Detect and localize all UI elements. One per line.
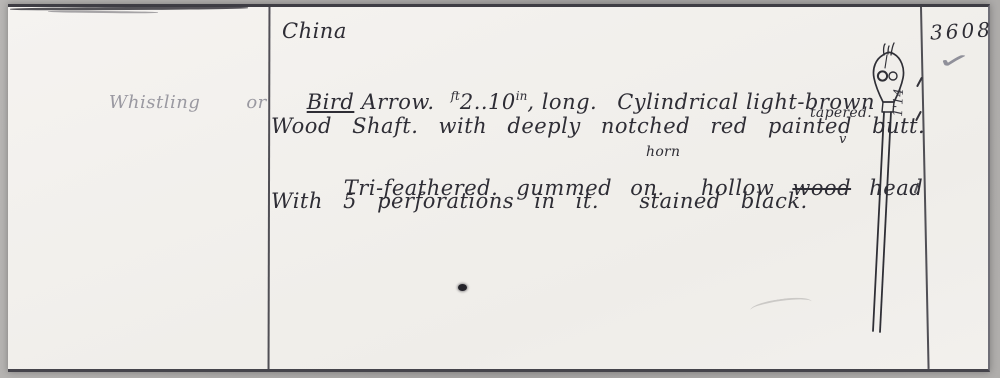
arrow-head-split [885,55,887,68]
checkmark-icon: ✓ [935,44,973,77]
object-name: Bird [307,90,355,114]
ink-blot [458,284,467,291]
measure-tail: , long. [527,90,597,114]
description-line-4: With 5 perforations in it. stained black… [271,189,808,213]
feet-superscript: ft [451,89,460,103]
arrow-perforation-right [889,72,897,80]
region-label: China [282,19,347,43]
whistling-arrow-sketch [856,39,922,339]
measure-value: 2..10 [460,90,516,114]
catalogue-card: Whistlingor China Bird Arrow.ft2..10in, … [8,4,990,372]
description-line-3: Tri-feathered. gummed on. hollow wood he… [271,152,923,224]
length-measurement: ft2..10in, long. [451,90,598,114]
description-line-2: Wood Shaft. with deeply notched red pain… [271,114,925,138]
side-label-word1: Whistling [109,92,200,113]
top-edge-scan-line [10,6,248,10]
catalog-number: 3608 [929,17,993,44]
arrow-neck [882,102,894,112]
pencil-smudge [749,295,812,317]
inches-superscript: in [516,89,528,103]
side-label-word2: or [246,92,266,113]
object-name-rest: Arrow. [354,90,434,114]
arrow-perforation-left [878,71,887,80]
side-classification-label: Whistlingor [84,71,267,134]
top-edge-scan-line-2 [48,10,158,13]
